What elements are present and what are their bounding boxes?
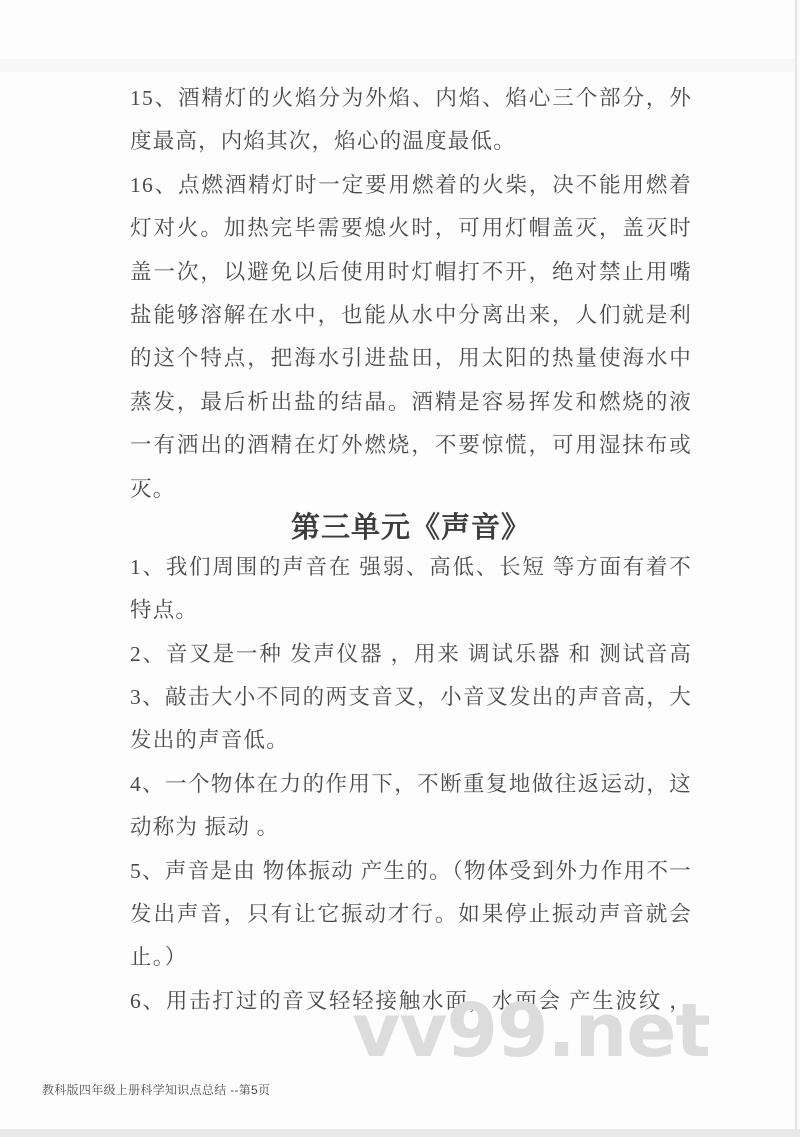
text-line: 发出的声音低。 [130,719,692,762]
text-line: 灯对火。加热完毕需要熄火时，可用灯帽盖灭，盖灭时需再重 [130,207,692,250]
text-line: 16、点燃酒精灯时一定要用燃着的火柴，决不能用燃着的酒精 [130,164,692,207]
text-line: 盖一次，以避免以后使用时灯帽打不开，绝对禁止用嘴吹灭火！ [130,251,692,294]
text-line: 止。） [130,936,692,979]
text-line: 一有洒出的酒精在灯外燃烧，不要惊慌，可用湿抹布或沙土扑 [130,424,692,467]
text-line: 4、一个物体在力的作用下，不断重复地做往返运动，这种运 [130,763,692,806]
text-line: 2、音叉是一种 发声仪器 ，用来 调试乐器 和 测试音高 。 [130,633,692,676]
text-line: 15、酒精灯的火焰分为外焰、内焰、焰心三个部分，外焰的温 [130,77,692,120]
page-right-edge [795,0,797,1137]
document-text-column: 15、酒精灯的火焰分为外焰、内焰、焰心三个部分，外焰的温 度最高，内焰其次，焰心… [130,77,692,1023]
text-line: 特点。 [130,589,692,632]
text-line: 动称为 振动 。 [130,806,692,849]
text-line: 5、声音是由 物体振动 产生的。（物体受到外力作用不一定 [130,850,692,893]
text-line: 发出声音，只有让它振动才行。如果停止振动声音就会马上停 [130,893,692,936]
text-line: 灭。 [130,468,692,511]
text-line: 3、敲击大小不同的两支音叉，小音叉发出的声音高，大音叉 [130,676,692,719]
site-watermark: vv99.net [352,988,710,1074]
page-footer: 教科版四年级上册科学知识点总结 --第5页 [42,1083,270,1098]
text-line: 1、我们周围的声音在 强弱、高低、长短 等方面有着不同的 [130,546,692,589]
section-heading: 第三单元《声音》 [130,511,692,546]
text-line: 蒸发，最后析出盐的结晶。酒精是容易挥发和燃烧的液体，万 [130,381,692,424]
page-seam-band [0,59,800,72]
document-page: 15、酒精灯的火焰分为外焰、内焰、焰心三个部分，外焰的温 度最高，内焰其次，焰心… [0,0,800,1137]
text-line: 盐能够溶解在水中，也能从水中分离出来，人们就是利用了盐 [130,294,692,337]
page-bottom-edge [0,1129,800,1137]
text-line: 的这个特点，把海水引进盐田，用太阳的热量使海水中的水分 [130,337,692,380]
text-line: 度最高，内焰其次，焰心的温度最低。 [130,120,692,163]
